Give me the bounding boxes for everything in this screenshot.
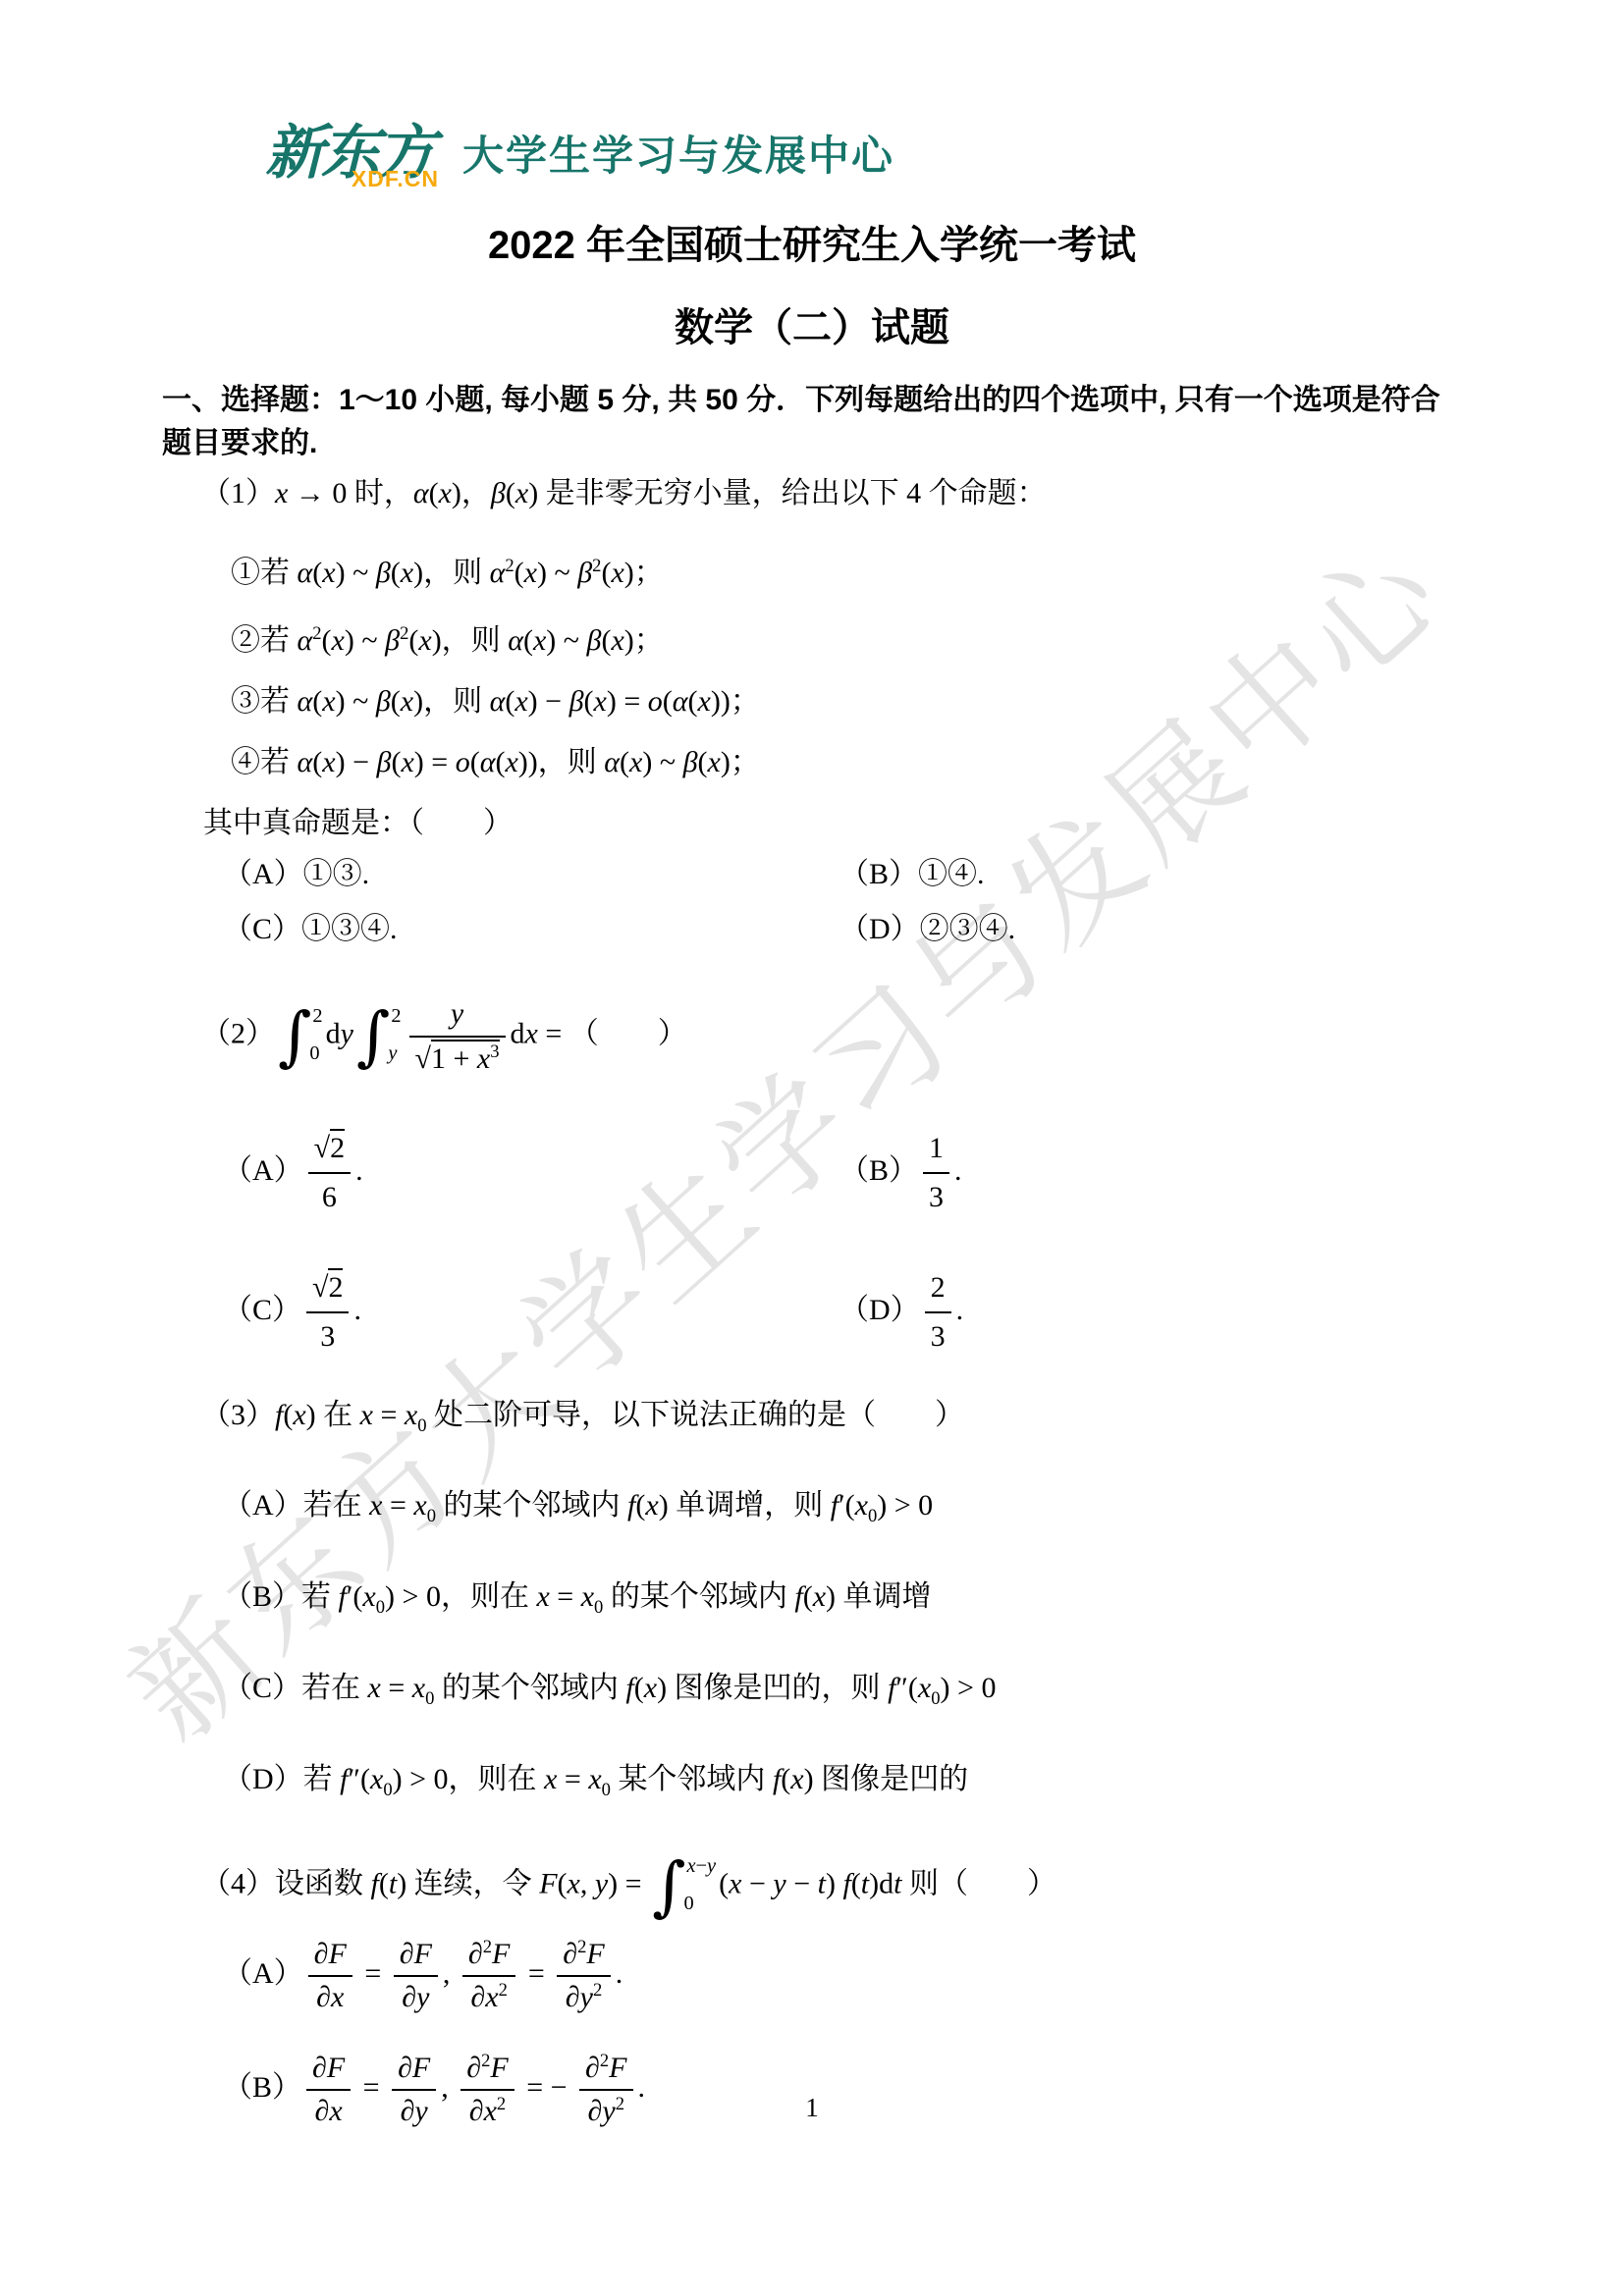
- logo-subtitle: 大学生学习与发展中心: [462, 124, 894, 183]
- header: 新东方 XDF.CN 大学生学习与发展中心: [265, 110, 1462, 196]
- q2-option-a: （A）√26.: [223, 1128, 839, 1218]
- proposition-4: ④若 α(x) − β(x) = o(α(x))，则 α(x) ~ β(x)；: [162, 742, 1462, 783]
- question-3-stem: （3）f(x) 在 x = x0 处二阶可导，以下说法正确的是（ ）: [162, 1393, 1462, 1449]
- page-content: 新东方 XDF.CN 大学生学习与发展中心 2022 年全国硕士研究生入学统一考…: [0, 110, 1624, 2129]
- q1-option-c: （C）①③④.: [223, 909, 839, 950]
- q3-option-b: （B）若 f′(x0) > 0，则在 x = x0 的某个邻域内 f(x) 单调…: [162, 1575, 1462, 1629]
- q3-option-d: （D）若 f″(x0) > 0，则在 x = x0 某个邻域内 f(x) 图像是…: [162, 1758, 1462, 1812]
- question-1-propositions: ①若 α(x) ~ β(x)，则 α2(x) ~ β2(x)； ②若 α2(x)…: [162, 546, 1462, 783]
- question-3-options: （A）若在 x = x0 的某个邻域内 f(x) 单调增，则 f′(x0) > …: [162, 1484, 1462, 1812]
- question-4-stem: （4）设函数 f(t) 连续，令 F(x, y) = ∫x−y0(x − y −…: [162, 1853, 1462, 1919]
- question-3: （3）f(x) 在 x = x0 处二阶可导，以下说法正确的是（ ） （A）若在…: [162, 1393, 1462, 1812]
- page-number: 1: [0, 2093, 1624, 2123]
- q2-option-c: （C）√23.: [223, 1267, 839, 1358]
- q2-option-b: （B）13.: [839, 1128, 963, 1218]
- q2-option-d: （D）23.: [839, 1267, 963, 1358]
- question-1-prompt: 其中真命题是：（ ）: [162, 803, 1462, 844]
- q1-option-d: （D）②③④.: [839, 909, 1015, 950]
- q3-option-a: （A）若在 x = x0 的某个邻域内 f(x) 单调增，则 f′(x0) > …: [162, 1484, 1462, 1538]
- q1-option-a: （A）①③.: [223, 854, 839, 895]
- question-2-options: （A）√26. （B）13. （C）√23. （D）23.: [162, 1128, 1462, 1358]
- question-4: （4）设函数 f(t) 连续，令 F(x, y) = ∫x−y0(x − y −…: [162, 1853, 1462, 2129]
- exam-page: 新东方大学生学习与发展中心 新东方 XDF.CN 大学生学习与发展中心 2022…: [0, 0, 1624, 2296]
- question-2-stem: （2）∫20dy∫2yy√1 + x3dx = （ ）: [162, 995, 1462, 1077]
- logo-domain-text: XDF.CN: [352, 166, 439, 192]
- exam-title: 2022 年全国硕士研究生入学统一考试: [162, 220, 1462, 271]
- exam-subtitle: 数学（二）试题: [162, 302, 1462, 353]
- proposition-3: ③若 α(x) ~ β(x)，则 α(x) − β(x) = o(α(x))；: [162, 681, 1462, 722]
- q3-option-c: （C）若在 x = x0 的某个邻域内 f(x) 图像是凹的，则 f″(x0) …: [162, 1667, 1462, 1721]
- proposition-2: ②若 α2(x) ~ β2(x)，则 α(x) ~ β(x)；: [162, 614, 1462, 662]
- question-1-stem: （1）x → 0 时，α(x)，β(x) 是非零无穷小量，给出以下 4 个命题：: [162, 471, 1462, 516]
- question-2: （2）∫20dy∫2yy√1 + x3dx = （ ） （A）√26. （B）1…: [162, 995, 1462, 1358]
- question-1: （1）x → 0 时，α(x)，β(x) 是非零无穷小量，给出以下 4 个命题：…: [162, 471, 1462, 950]
- proposition-1: ①若 α(x) ~ β(x)，则 α2(x) ~ β2(x)；: [162, 546, 1462, 594]
- question-1-options: （A）①③. （B）①④. （C）①③④. （D）②③④.: [162, 854, 1462, 950]
- xdf-logo: 新东方 XDF.CN: [265, 124, 433, 183]
- section-intro: 一、选择题：1～10 小题, 每小题 5 分, 共 50 分．下列每题给出的四个…: [162, 379, 1462, 465]
- q1-option-b: （B）①④.: [839, 854, 1015, 895]
- q4-option-a: （A）∂F∂x = ∂F∂y, ∂2F∂x2 = ∂2F∂y2.: [162, 1937, 1462, 2015]
